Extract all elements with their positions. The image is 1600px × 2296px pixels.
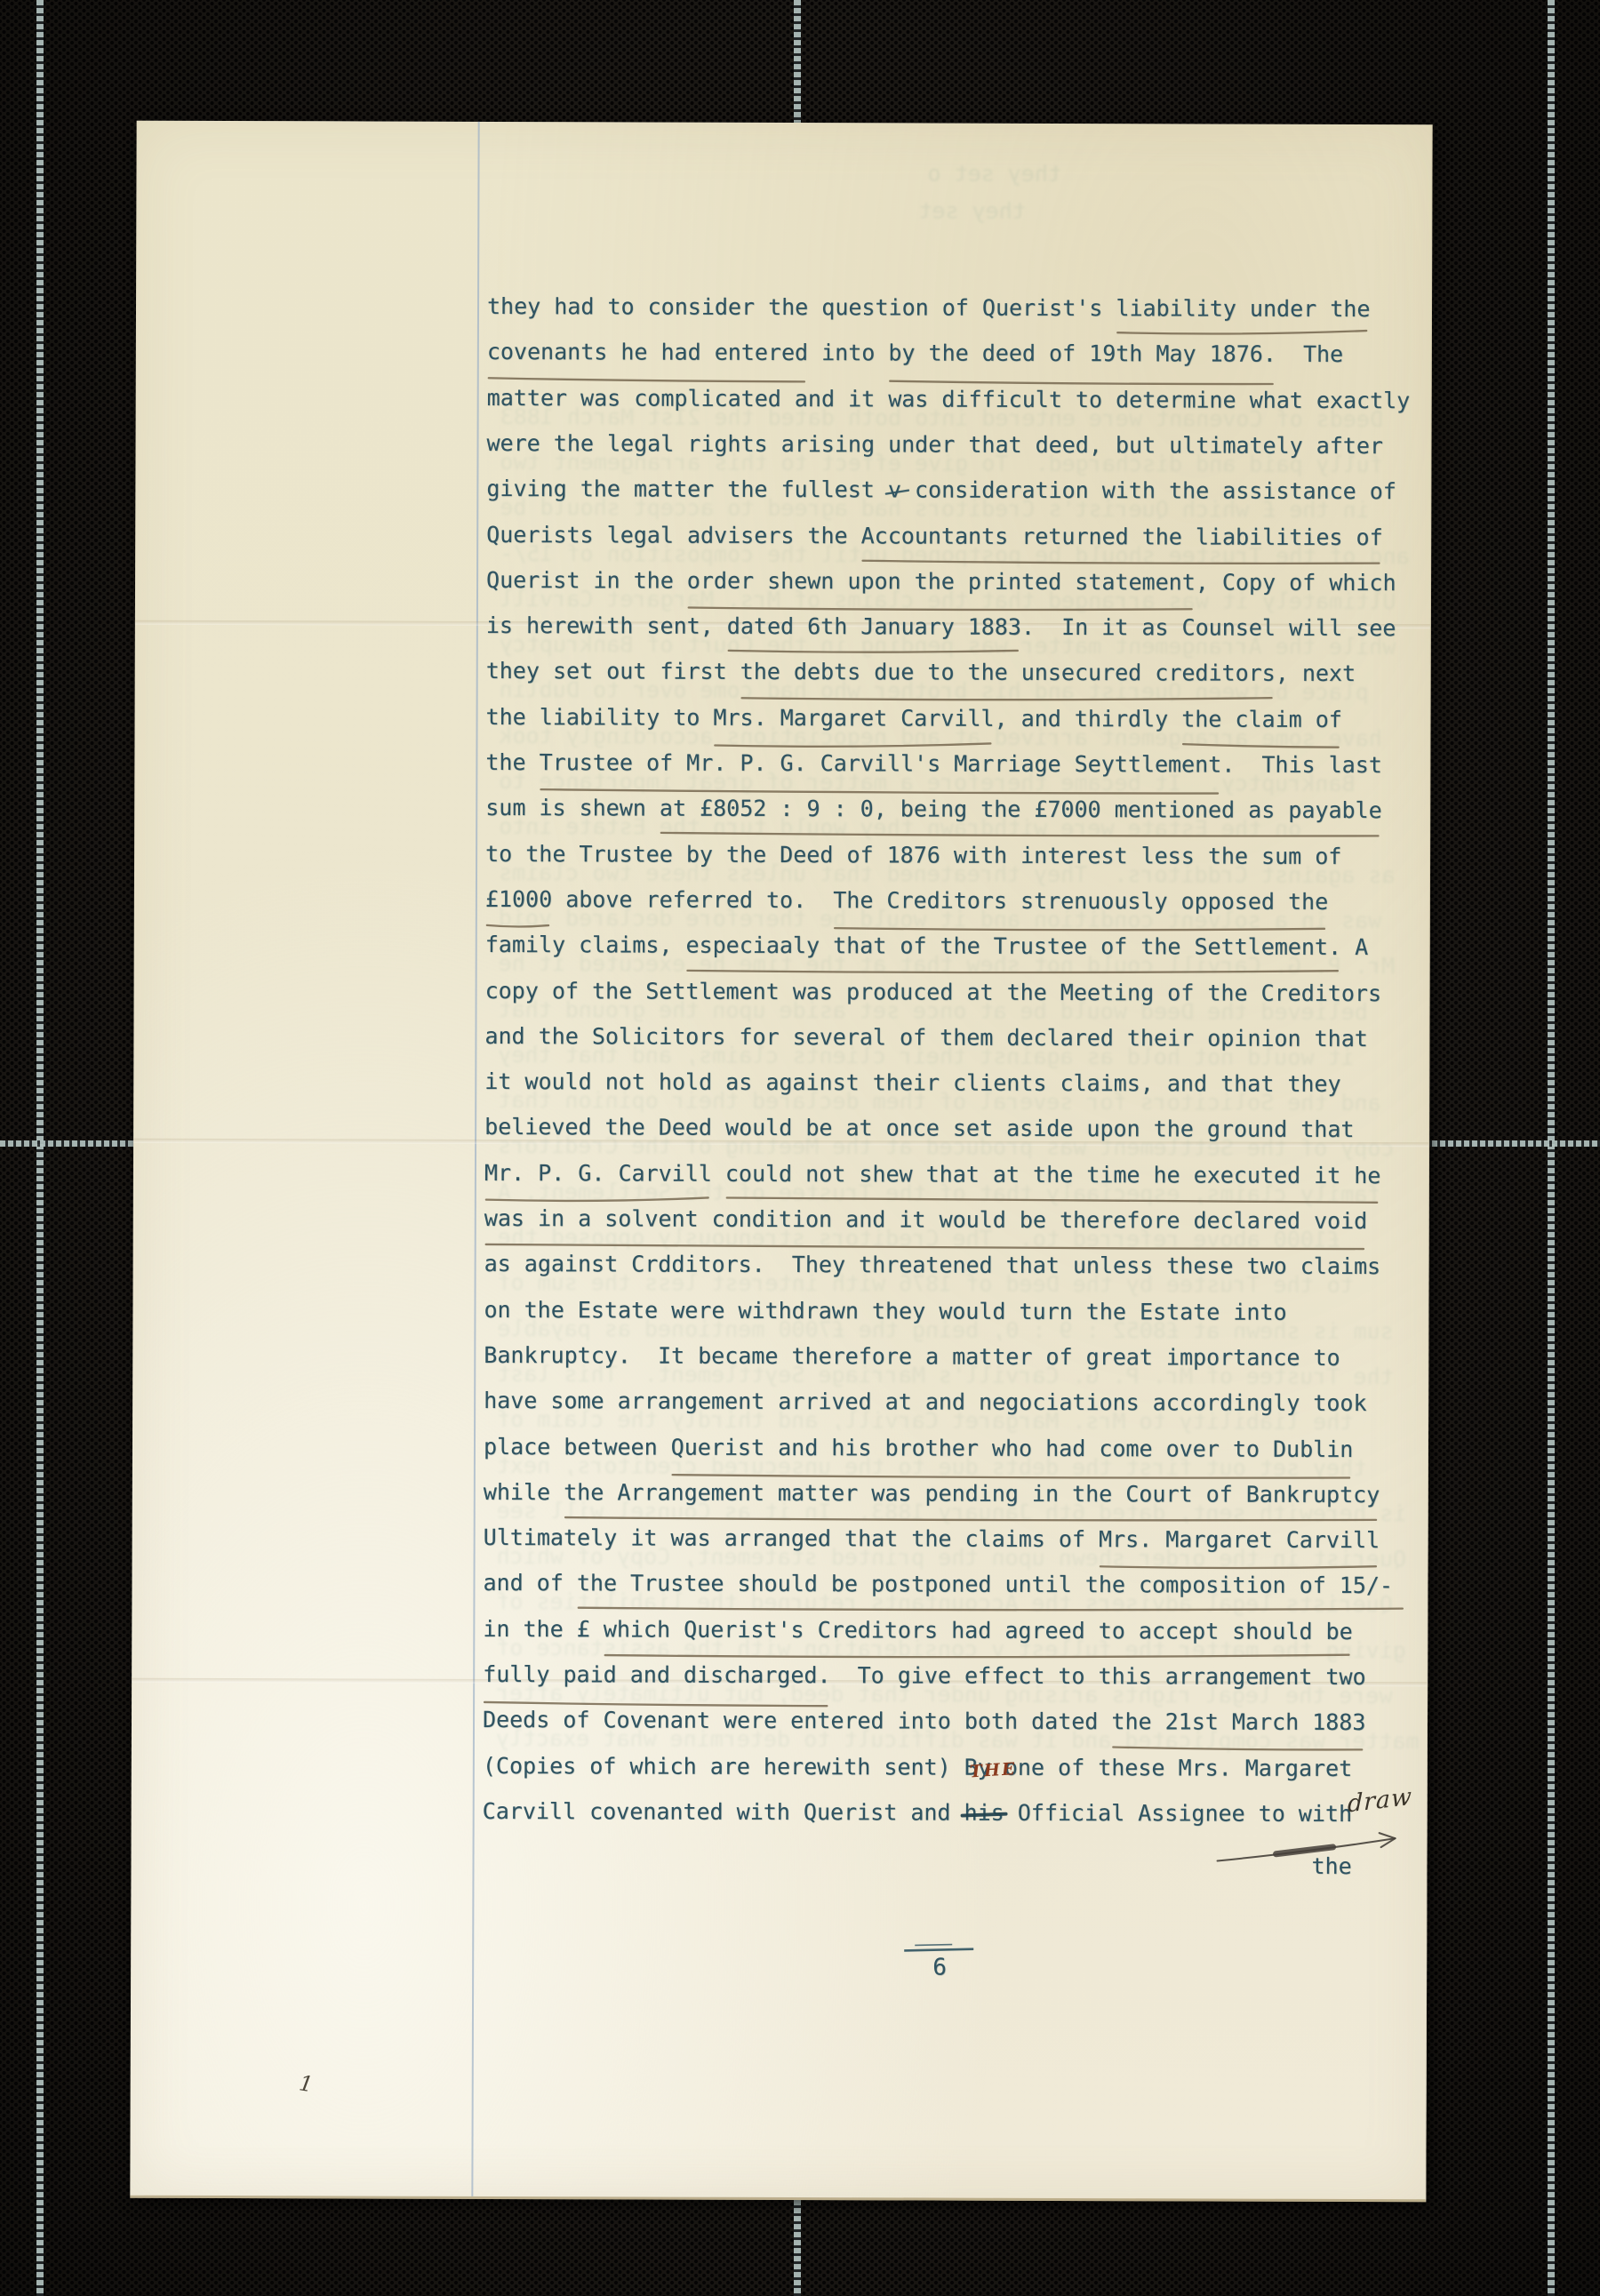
- typed-line-25: have some arrangement arrived at and neg…: [484, 1389, 1366, 1415]
- typed-line-22: as against Crdditors. They threatened th…: [484, 1252, 1381, 1278]
- typed-line-14: £1000 above referred to. The Creditors s…: [485, 888, 1328, 914]
- typed-line-12: sum is shewn at £8052 : 9 : 0, being the…: [485, 796, 1382, 822]
- handwritten-suffix: draw: [1348, 1785, 1412, 1818]
- typed-line-5: giving the matter the fullest v consider…: [486, 477, 1396, 503]
- typed-line-26: place between Querist and his brother wh…: [484, 1435, 1353, 1460]
- typed-line-8: is herewith sent, dated 6th January 1883…: [486, 614, 1396, 640]
- document-page: Deeds of Covenant were entered into both…: [130, 121, 1432, 2203]
- typed-line-31: fully paid and discharged. To give effec…: [483, 1663, 1365, 1689]
- typed-line-2: covenants he had entered into by the dee…: [487, 340, 1343, 366]
- typed-line-28: Ultimately it was arranged that the clai…: [484, 1526, 1380, 1552]
- typed-line-16: copy of the Settlement was produced at t…: [485, 979, 1382, 1004]
- page-number: 6: [902, 1956, 977, 1980]
- bleedthrough-fragment: they set o: [927, 163, 1061, 186]
- typed-line-32: Deeds of Covenant were entered into both…: [483, 1708, 1365, 1734]
- stray-ink-mark: 1: [298, 2072, 315, 2095]
- typed-line-34: Carvill covenanted with Querist and his …: [483, 1800, 1352, 1826]
- typed-line-10: the liability to Mrs. Margaret Carvill, …: [486, 706, 1342, 732]
- typed-line-17: and the Solicitors for several of them d…: [484, 1025, 1367, 1051]
- typed-line-7: Querist in the order shewn upon the prin…: [486, 569, 1396, 595]
- typed-line-24: Bankruptcy. It became therefore a matter…: [484, 1344, 1340, 1370]
- typed-line-20: Mr. P. G. Carvill could not shew that at…: [484, 1162, 1381, 1188]
- typed-line-30: in the £ which Querist's Creditors had a…: [483, 1618, 1352, 1644]
- bleedthrough-fragment: they set: [918, 199, 1026, 222]
- ink-bleedthrough: Deeds of Covenant were entered into both…: [137, 121, 1432, 125]
- typed-line-21: was in a solvent condition and it would …: [484, 1207, 1367, 1233]
- typed-line-3: matter was complicated and it was diffic…: [487, 387, 1411, 412]
- typed-line-11: the Trustee of Mr. P. G. Carvill's Marri…: [485, 751, 1382, 777]
- typed-line-15: family claims, especiaaly that of the Tr…: [485, 933, 1368, 959]
- typed-line-9: they set out first the debts due to the …: [486, 660, 1356, 685]
- catchword: the: [1311, 1855, 1351, 1878]
- stitch-line-vertical-left: [36, 0, 44, 2296]
- archival-photo-backdrop: Deeds of Covenant were entered into both…: [0, 0, 1600, 2296]
- typed-line-6: Querists legal advisers the Accountants …: [486, 523, 1383, 548]
- typed-line-18: it would not hold as against their clien…: [484, 1070, 1340, 1096]
- typed-line-29: and of the Trustee should be postponed u…: [483, 1572, 1393, 1597]
- typed-line-1: they had to consider the question of Que…: [487, 295, 1370, 321]
- handwritten-insertion: THE: [969, 1760, 1017, 1780]
- typed-line-23: on the Estate were withdrawn they would …: [484, 1299, 1286, 1324]
- typed-line-33: (Copies of which are herewith sent) By o…: [483, 1755, 1352, 1780]
- ruled-margin-line: [471, 122, 479, 2196]
- typed-line-19: believed the Deed would be at once set a…: [484, 1116, 1354, 1141]
- typed-line-4: were the legal rights arising under that…: [486, 432, 1383, 458]
- typed-line-27: while the Arrangement matter was pending…: [484, 1481, 1380, 1507]
- typed-line-13: to the Trustee by the Deed of 1876 with …: [485, 843, 1341, 868]
- stitch-line-vertical-right: [1548, 0, 1555, 2296]
- typed-text-block: they had to consider the question of Que…: [137, 121, 1432, 125]
